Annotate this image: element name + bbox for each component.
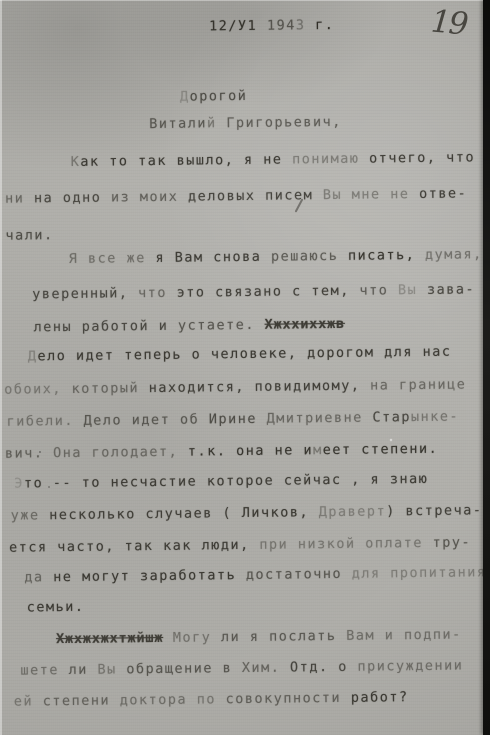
text-segment: 12/У1 bbox=[209, 18, 267, 35]
body-line: Дело идет теперь о человеке, дорогом для… bbox=[28, 344, 452, 365]
text-segment: присуждении bbox=[357, 658, 463, 675]
text-segment: Вы bbox=[398, 282, 417, 298]
text-segment: доктора bbox=[120, 692, 197, 709]
text-segment: уже bbox=[11, 507, 40, 523]
text-segment: ) встреча- bbox=[386, 502, 482, 519]
text-segment: Я все же bbox=[69, 250, 146, 267]
text-segment: то -- то несчастие которое сейчас , я зн… bbox=[24, 471, 429, 492]
text-segment: находится, повидимому, bbox=[139, 378, 370, 397]
text-segment: думая, bbox=[425, 246, 483, 263]
text-segment: семьи. bbox=[27, 599, 85, 616]
text-segment: шете bbox=[20, 662, 59, 678]
text-segment: писать, bbox=[338, 247, 425, 264]
text-segment: что bbox=[138, 285, 177, 301]
text-segment: Григорьевич, bbox=[226, 114, 342, 131]
text-segment: Д bbox=[180, 89, 190, 105]
body-line: да не могут заработать достаточно для пр… bbox=[24, 564, 486, 585]
text-segment: Хим. bbox=[242, 660, 290, 677]
text-segment: устаете. bbox=[178, 317, 265, 334]
text-segment: не могут заработать bbox=[44, 567, 246, 585]
text-segment: чали. bbox=[5, 227, 53, 244]
body-line: обоих, который находится, повидимому, на… bbox=[4, 376, 466, 397]
text-segment: Э bbox=[14, 476, 24, 492]
typed-strikeout: Хжхжхжхтжйшж bbox=[56, 630, 163, 647]
text-segment: совокупности bbox=[226, 690, 351, 707]
text-segment: это связано с тем, bbox=[176, 283, 359, 301]
body-line: Это -- то несчастие которое сейчас , я з… bbox=[14, 471, 428, 492]
text-segment: для пропитания bbox=[352, 564, 487, 582]
text-segment bbox=[163, 630, 173, 646]
text-segment: Дмитриевне bbox=[266, 410, 372, 427]
typewritten-text-layer: 12/У1 1943 г.ДорогойВиталий Григорьевич,… bbox=[0, 0, 490, 735]
text-segment: да bbox=[24, 569, 43, 585]
body-line: уже несколько случаев ( Личков, Драверт)… bbox=[11, 502, 483, 523]
text-segment: степени bbox=[43, 692, 120, 709]
text-segment: из моих bbox=[111, 189, 179, 206]
text-segment: который bbox=[72, 380, 140, 397]
salutation-line-2: Виталий Григорьевич, bbox=[149, 114, 342, 132]
text-segment: ей bbox=[14, 693, 43, 709]
text-segment: о bbox=[338, 659, 357, 675]
body-line: вич. Она голодает, т.к. она не имеет сте… bbox=[5, 441, 438, 462]
text-segment: Драверт bbox=[319, 503, 387, 520]
text-segment: 194 bbox=[267, 17, 296, 33]
text-segment: еет степени. bbox=[323, 441, 439, 458]
salutation-line-1: Дорогой bbox=[180, 88, 248, 105]
text-segment: уверенный, bbox=[32, 285, 138, 302]
text-segment: г. bbox=[305, 17, 334, 33]
letter-photo: 12/У1 1943 г.ДорогойВиталий Григорьевич,… bbox=[0, 0, 490, 735]
text-segment: Дело идет об bbox=[84, 411, 209, 428]
text-segment: Д bbox=[28, 348, 38, 364]
text-segment: й bbox=[207, 115, 226, 131]
text-segment: обращение в bbox=[117, 660, 242, 677]
text-segment: м bbox=[313, 442, 323, 458]
text-segment: несколько случаев ( bbox=[39, 505, 241, 523]
photo-edge-top bbox=[0, 0, 490, 1]
text-segment: по bbox=[197, 691, 226, 707]
text-segment: отве- bbox=[409, 185, 467, 202]
photo-edge-left bbox=[0, 0, 2, 735]
text-segment: Она голодает, bbox=[53, 444, 188, 462]
text-segment: ак то так вышло, я не bbox=[80, 151, 292, 169]
text-segment: при низкой оплате bbox=[259, 535, 423, 553]
text-segment: работ? bbox=[351, 689, 409, 706]
text-segment: что bbox=[359, 282, 398, 298]
body-line: Хжхжхжхтжйшж Могу ли я послать Вам и под… bbox=[56, 627, 462, 648]
typed-strikeout: Хжххиххжв bbox=[265, 316, 346, 333]
text-segment: Вам и подпи- bbox=[346, 627, 462, 644]
text-segment: орогой bbox=[189, 88, 247, 105]
photo-edge-right bbox=[483, 0, 490, 735]
text-segment: ело идет теперь о человеке, дорогом для … bbox=[37, 344, 451, 365]
text-segment: Ирине bbox=[209, 411, 267, 428]
body-line: лены работой и устаете. Хжххиххжв bbox=[33, 316, 345, 336]
text-segment: лены работой и bbox=[33, 318, 178, 336]
text-segment: понимаю bbox=[292, 151, 360, 168]
text-segment: Могу bbox=[173, 629, 212, 645]
text-segment: достаточно bbox=[246, 566, 352, 583]
text-segment: Личков, bbox=[242, 504, 319, 521]
text-segment: я Вам снова bbox=[146, 249, 271, 266]
body-line: гибели. Дело идет об Ирине Дмитриевне Ст… bbox=[7, 409, 460, 430]
body-line: семьи. bbox=[27, 599, 85, 616]
text-segment: ли bbox=[59, 662, 98, 678]
text-segment: на границе bbox=[370, 376, 466, 393]
body-line: шете ли Вы обращение в Хим. Отд. о прису… bbox=[20, 658, 463, 679]
body-line: чали. bbox=[5, 227, 53, 244]
text-segment: Вы мне не bbox=[323, 186, 410, 203]
body-line: Я все же я Вам снова решаюсь писать, дум… bbox=[69, 246, 483, 267]
text-segment: тру- bbox=[423, 534, 471, 551]
body-line: ей степени доктора по совокупности работ… bbox=[14, 689, 409, 709]
text-segment: Вы bbox=[97, 661, 116, 677]
text-segment: К bbox=[71, 154, 81, 170]
page-number-handwritten: 19 bbox=[429, 4, 467, 43]
body-line: ется часто, так как люди, при низкой опл… bbox=[9, 534, 471, 555]
text-segment: ли я послать bbox=[211, 628, 346, 646]
text-segment: гибели. bbox=[7, 413, 84, 430]
text-segment: Стар bbox=[372, 409, 411, 425]
text-segment: ется часто, так как люди, bbox=[9, 537, 259, 556]
text-segment: Витали bbox=[149, 115, 207, 132]
text-segment: Отд. bbox=[290, 659, 338, 676]
text-segment: ни bbox=[5, 190, 34, 206]
text-segment: т.к. она не и bbox=[188, 442, 313, 459]
text-segment: 3 bbox=[296, 17, 306, 33]
text-segment: обоих, bbox=[4, 381, 72, 398]
text-segment: отчего, что bbox=[359, 149, 475, 166]
text-segment: решаюсь bbox=[271, 248, 339, 265]
body-line: Как то так вышло, я не понимаю отчего, ч… bbox=[71, 149, 476, 170]
date-line: 12/У1 1943 г. bbox=[209, 17, 334, 34]
body-line: ни на одно из моих деловых писем Вы мне … bbox=[5, 185, 467, 206]
text-segment: зава- bbox=[417, 281, 475, 298]
body-line: уверенный, что это связано с тем, что Вы… bbox=[32, 281, 475, 302]
text-segment: ынке- bbox=[411, 409, 459, 426]
text-segment: вич. bbox=[5, 445, 53, 462]
text-segment: на одно bbox=[34, 190, 111, 207]
